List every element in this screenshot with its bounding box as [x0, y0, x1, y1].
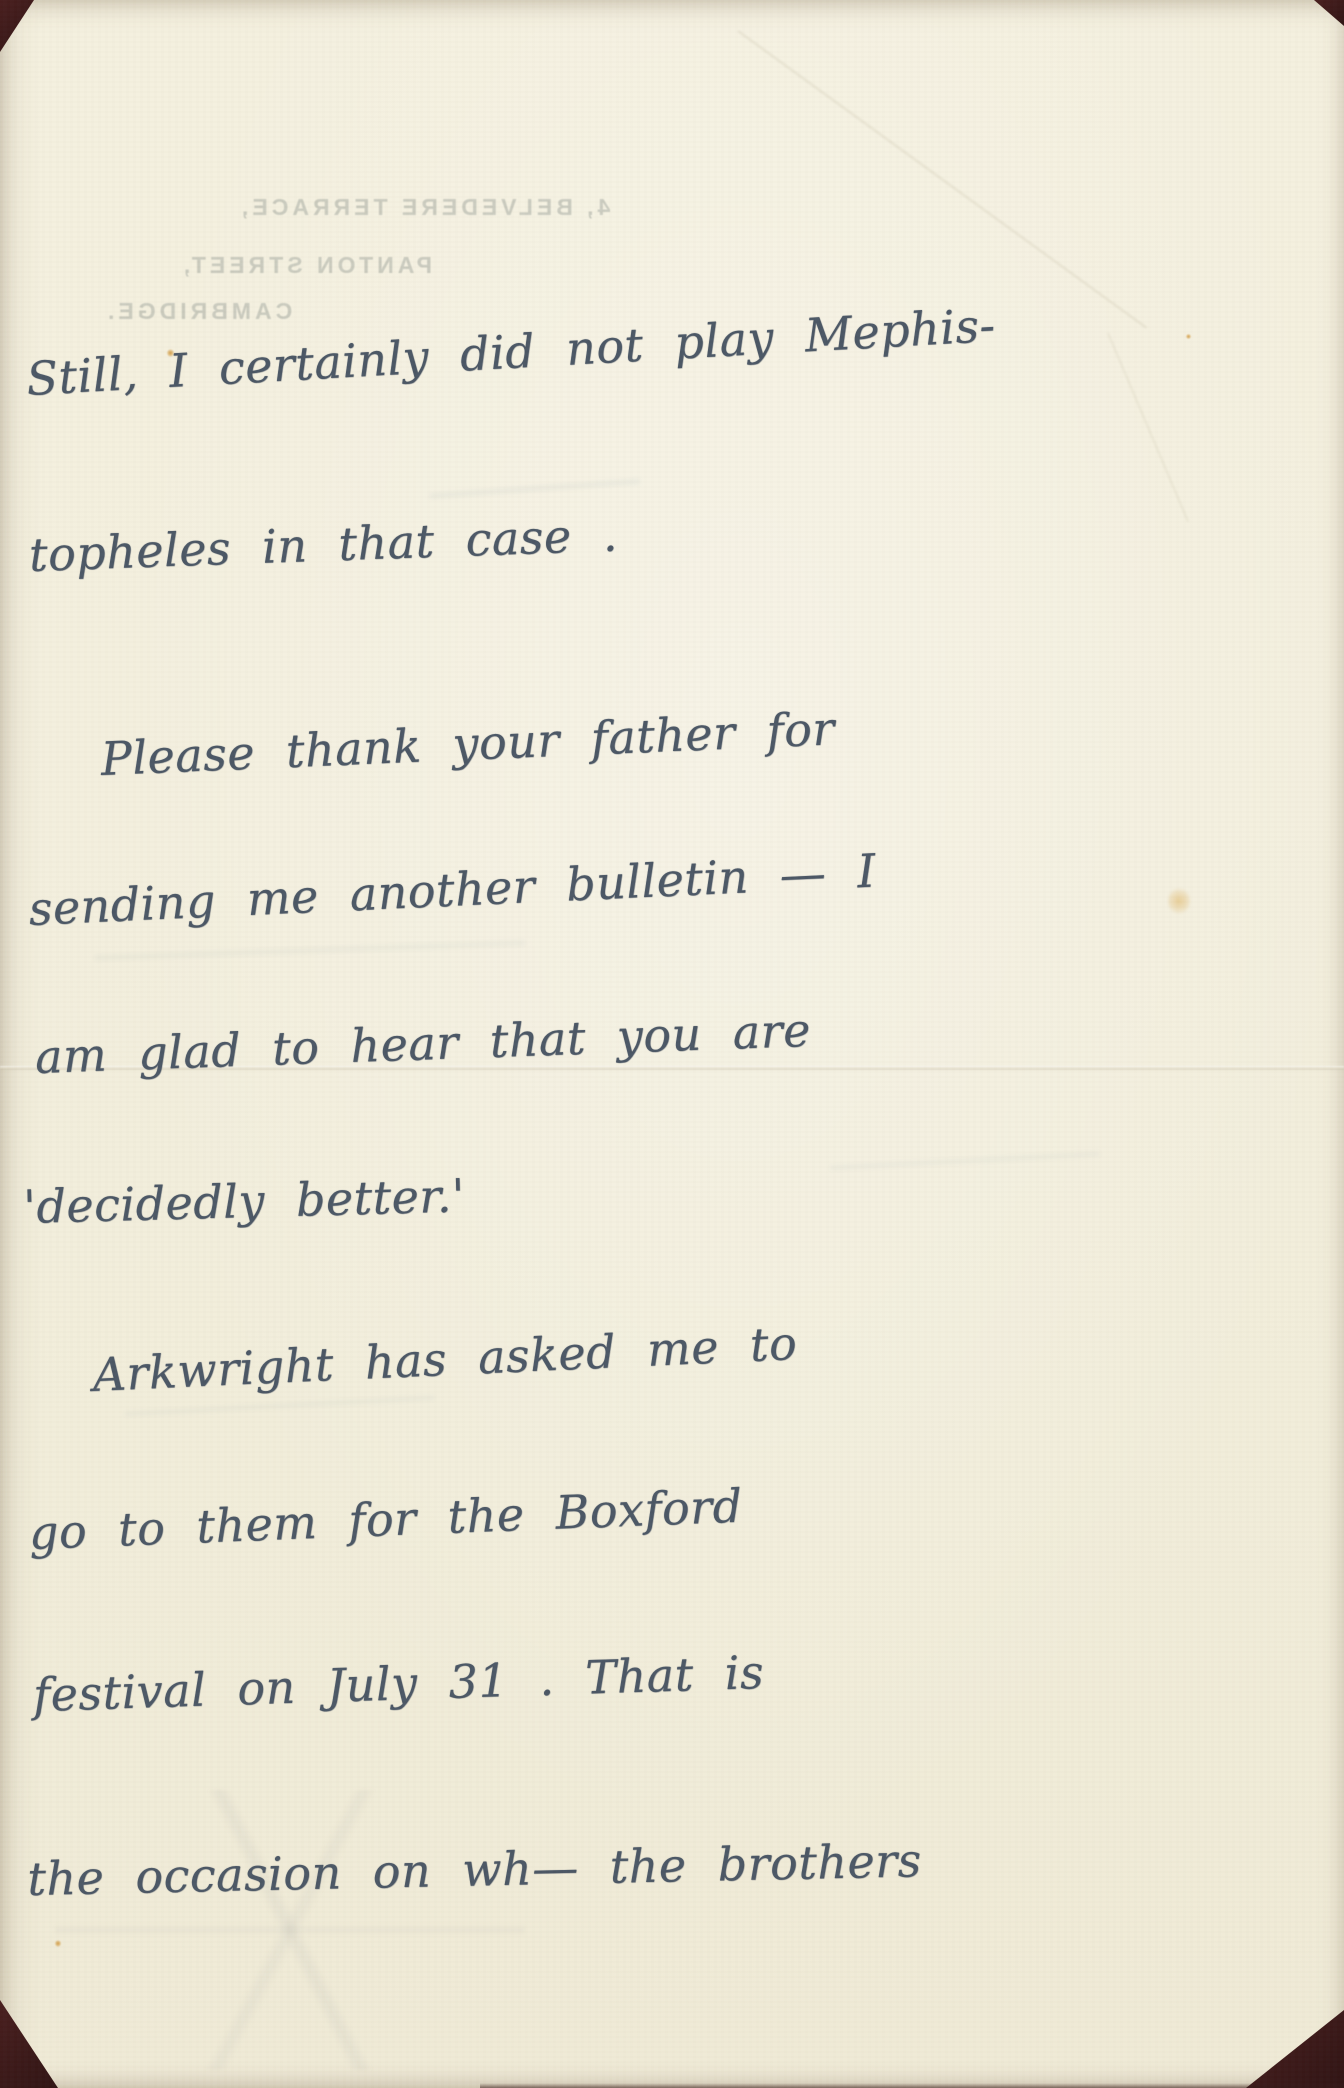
handwriting-line-2: topheles in that case .	[28, 507, 619, 582]
handwriting-line-7: Arkwright has asked me to	[92, 1316, 799, 1402]
handwriting-line-3: Please thank your father for	[100, 701, 836, 786]
scan-corner-top-left	[0, 0, 34, 52]
letterhead-line-address: 4, BELVEDERE TERRACE,	[238, 194, 610, 221]
diagonal-crease	[737, 30, 1147, 328]
handwriting-line-6: 'decidedly better.'	[23, 1168, 466, 1234]
ghost-showthrough	[125, 1396, 435, 1416]
ghost-showthrough-grid	[55, 1790, 525, 2070]
ghost-showthrough	[430, 479, 640, 498]
foxing-stain	[1168, 888, 1190, 914]
letter-page: 4, BELVEDERE TERRACE, PANTON STREET, CAM…	[0, 0, 1344, 2088]
ghost-showthrough	[830, 1152, 1100, 1170]
letterhead-line-city: CAMBRIDGE.	[104, 298, 292, 325]
scan-corner-top-right	[1314, 0, 1344, 26]
handwriting-line-8: go to them for the Boxford	[28, 1479, 744, 1560]
letterhead-line-street: PANTON STREET,	[180, 252, 432, 279]
foxing-stain	[55, 1940, 61, 1947]
ghost-showthrough	[95, 941, 525, 960]
foxing-stain	[1186, 334, 1191, 339]
scan-corner-bottom-right	[1246, 2010, 1344, 2088]
scan-corner-bottom-left	[0, 2000, 58, 2088]
handwriting-line-9: festival on July 31 . That is	[32, 1645, 765, 1722]
handwriting-line-5: am glad to hear that you are	[34, 1003, 812, 1084]
diagonal-crease	[1107, 333, 1189, 522]
handwriting-line-4: sending me another bulletin — I	[28, 844, 877, 936]
scan-edge-bottom	[480, 2083, 1344, 2088]
